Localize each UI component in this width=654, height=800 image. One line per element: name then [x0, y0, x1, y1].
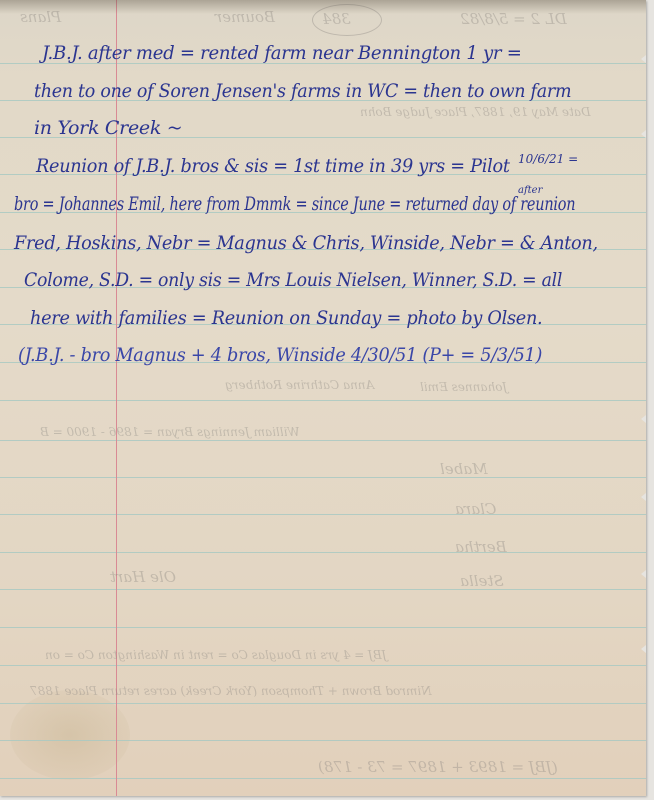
handwritten-entry: J.B.J. after med = rented farm near Benn…	[0, 0, 646, 796]
handwritten-line: in York Creek ~	[34, 117, 182, 139]
handwritten-line: (J.B.J. - bro Magnus + 4 bros, Winside 4…	[18, 344, 542, 366]
handwritten-line: Colome, S.D. = only sis = Mrs Louis Niel…	[24, 269, 562, 291]
handwritten-line: here with families = Reunion on Sunday =…	[30, 307, 542, 329]
handwritten-line: Fred, Hoskins, Nebr = Magnus & Chris, Wi…	[14, 232, 598, 254]
pilot-date-annotation: 10/6/21 =	[518, 152, 578, 166]
handwritten-line: J.B.J. after med = rented farm near Benn…	[42, 42, 522, 64]
handwritten-line: Reunion of J.B.J. bros & sis = 1st time …	[36, 155, 510, 177]
handwritten-line: then to one of Soren Jensen's farms in W…	[34, 80, 571, 102]
handwritten-line: bro = Johannes Emil, here from Dmmk = si…	[14, 193, 575, 215]
notebook-page: 384 Plans Boumer DL 2 = 5/8/82 Date May …	[0, 0, 646, 796]
